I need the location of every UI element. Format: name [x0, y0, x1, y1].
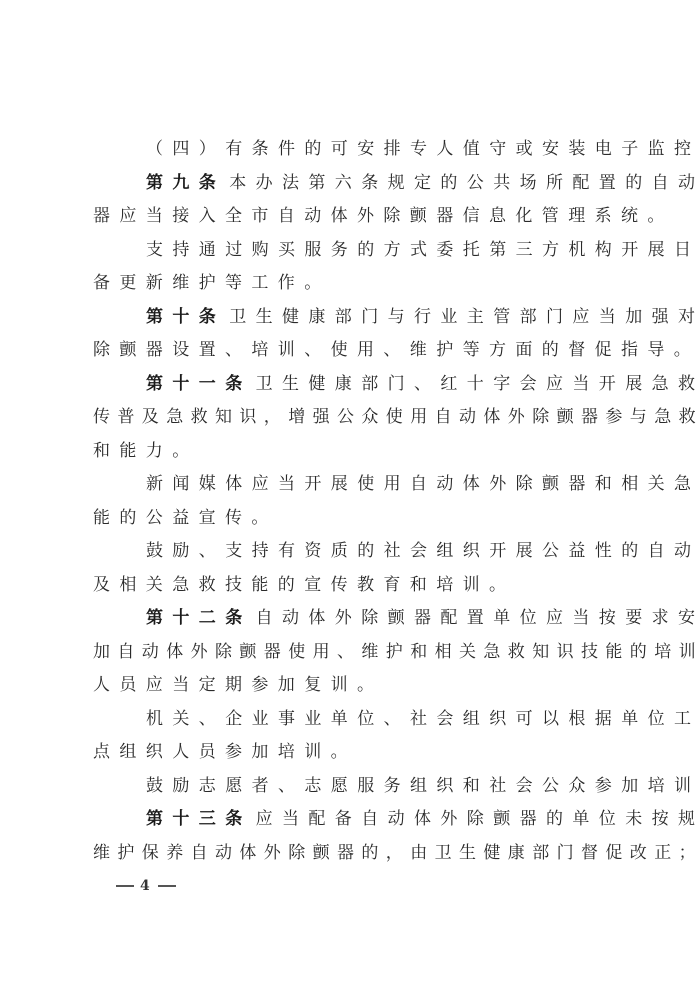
dash-left — [116, 885, 134, 887]
text-line: 能的公益宣传。 — [93, 502, 625, 536]
line-text: 器应当接入全市自动体外除颤器信息化管理系统。 — [93, 206, 674, 226]
text-line: 机关、企业事业单位、社会组织可以根据单位工作性质和特 — [93, 703, 625, 737]
article-heading: 第十二条 — [146, 608, 252, 628]
article-heading: 第九条 — [146, 173, 225, 193]
article-heading: 第十一条 — [146, 374, 252, 394]
text-line: 第九条本办法第六条规定的公共场所配置的自动体外除颤 — [93, 167, 625, 201]
page-number: 4 — [110, 874, 182, 897]
text-line: 鼓励志愿者、志愿服务组织和社会公众参加培训。 — [93, 770, 625, 804]
line-text: 卫生健康部门、红十字会应当开展急救培训，宣 — [256, 374, 700, 394]
dash-right — [158, 885, 176, 887]
line-text: 应当配备自动体外除颤器的单位未按规定配置、 — [256, 809, 700, 829]
line-text: 自动体外除颤器配置单位应当按要求安排人员参 — [256, 608, 700, 628]
line-text: 新闻媒体应当开展使用自动体外除颤器和相关急救知识技 — [146, 474, 700, 494]
document-page: （四）有条件的可安排专人值守或安装电子监控。 第九条本办法第六条规定的公共场所配… — [0, 0, 700, 990]
line-text: 除颤器设置、培训、使用、维护等方面的督促指导。 — [93, 340, 700, 360]
text-line: 器应当接入全市自动体外除颤器信息化管理系统。 — [93, 200, 625, 234]
text-line: 支持通过购买服务的方式委托第三方机构开展日常巡查、设 — [93, 234, 625, 268]
text-line: 人员应当定期参加复训。 — [93, 669, 625, 703]
line-text: 维护保养自动体外除颤器的，由卫生健康部门督促改正；逾期未 — [93, 843, 700, 863]
text-line: 新闻媒体应当开展使用自动体外除颤器和相关急救知识技 — [93, 468, 625, 502]
document-body: （四）有条件的可安排专人值守或安装电子监控。 第九条本办法第六条规定的公共场所配… — [93, 133, 625, 870]
text-line: 维护保养自动体外除颤器的，由卫生健康部门督促改正；逾期未 — [93, 837, 625, 871]
text-line: 点组织人员参加培训。 — [93, 736, 625, 770]
text-line: 第十条卫生健康部门与行业主管部门应当加强对自动体外 — [93, 301, 625, 335]
text-line: （四）有条件的可安排专人值守或安装电子监控。 — [93, 133, 625, 167]
text-line: 第十三条应当配备自动体外除颤器的单位未按规定配置、 — [93, 803, 625, 837]
line-text: 支持通过购买服务的方式委托第三方机构开展日常巡查、设 — [146, 240, 700, 260]
text-line: 备更新维护等工作。 — [93, 267, 625, 301]
line-text: 备更新维护等工作。 — [93, 273, 331, 293]
text-line: 加自动体外除颤器使用、维护和相关急救知识技能的培训，受训 — [93, 636, 625, 670]
line-text: （四）有条件的可安排专人值守或安装电子监控。 — [146, 139, 700, 159]
line-text: 能的公益宣传。 — [93, 508, 278, 528]
line-text: 点组织人员参加培训。 — [93, 742, 357, 762]
line-text: 传普及急救知识，增强公众使用自动体外除颤器参与急救的意识 — [93, 407, 700, 427]
line-text: 鼓励志愿者、志愿服务组织和社会公众参加培训。 — [146, 776, 700, 796]
line-text: 卫生健康部门与行业主管部门应当加强对自动体外 — [229, 307, 700, 327]
text-line: 及相关急救技能的宣传教育和培训。 — [93, 569, 625, 603]
line-text: 机关、企业事业单位、社会组织可以根据单位工作性质和特 — [146, 709, 700, 729]
line-text: 及相关急救技能的宣传教育和培训。 — [93, 575, 515, 595]
line-text: 人员应当定期参加复训。 — [93, 675, 383, 695]
text-line: 第十一条卫生健康部门、红十字会应当开展急救培训，宣 — [93, 368, 625, 402]
article-heading: 第十三条 — [146, 809, 252, 829]
text-line: 和能力。 — [93, 435, 625, 469]
text-line: 鼓励、支持有资质的社会组织开展公益性的自动体外除颤器 — [93, 535, 625, 569]
line-text: 加自动体外除颤器使用、维护和相关急救知识技能的培训，受训 — [93, 642, 700, 662]
page-number-value: 4 — [140, 878, 152, 894]
text-line: 第十二条自动体外除颤器配置单位应当按要求安排人员参 — [93, 602, 625, 636]
line-text: 和能力。 — [93, 441, 199, 461]
text-line: 传普及急救知识，增强公众使用自动体外除颤器参与急救的意识 — [93, 401, 625, 435]
article-heading: 第十条 — [146, 307, 225, 327]
line-text: 本办法第六条规定的公共场所配置的自动体外除颤 — [229, 173, 700, 193]
text-line: 除颤器设置、培训、使用、维护等方面的督促指导。 — [93, 334, 625, 368]
line-text: 鼓励、支持有资质的社会组织开展公益性的自动体外除颤器 — [146, 541, 700, 561]
